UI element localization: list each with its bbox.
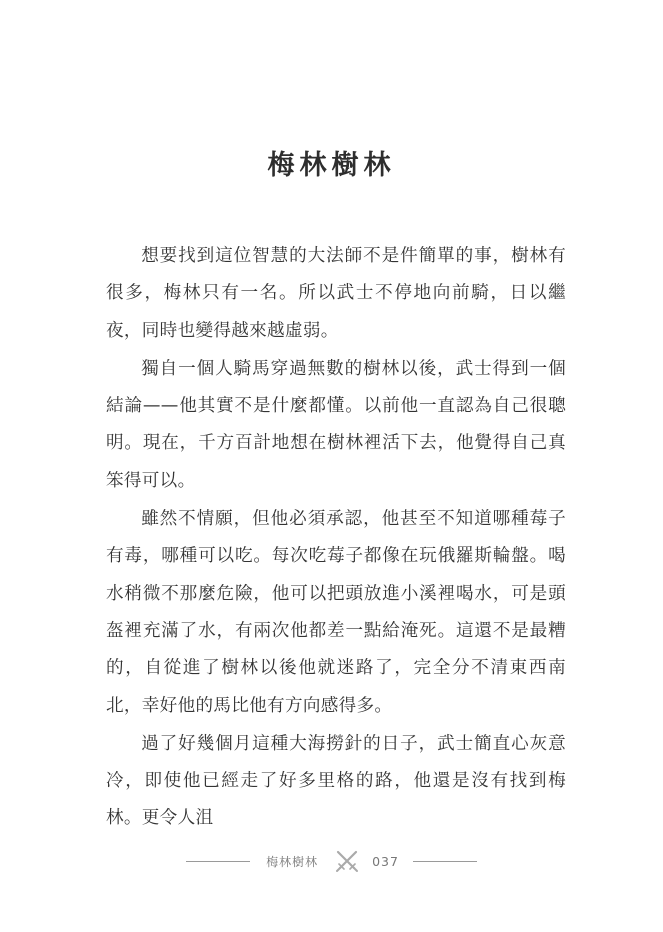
paragraph: 獨自一個人騎馬穿過無數的樹林以後，武士得到一個結論——他其實不是什麼都懂。以前他… (106, 351, 566, 500)
page-number: 037 (372, 854, 399, 869)
footer-rule-left (186, 861, 250, 862)
paragraph: 雖然不情願，但他必須承認，他甚至不知道哪種莓子有毒，哪種可以吃。每次吃莓子都像在… (106, 501, 566, 725)
chapter-title: 梅林樹林 (0, 143, 663, 182)
running-title: 梅林樹林 (266, 853, 318, 870)
paragraph: 過了好幾個月這種大海撈針的日子，武士簡直心灰意冷，即使他已經走了好多里格的路，他… (106, 726, 566, 838)
paragraph: 想要找到這位智慧的大法師不是件簡單的事，樹林有很多，梅林只有一名。所以武士不停地… (106, 238, 566, 350)
crossed-swords-icon (334, 848, 360, 874)
footer-rule-right (413, 861, 477, 862)
page-footer: 梅林樹林 037 (0, 848, 663, 874)
body-text: 想要找到這位智慧的大法師不是件簡單的事，樹林有很多，梅林只有一名。所以武士不停地… (106, 238, 566, 838)
